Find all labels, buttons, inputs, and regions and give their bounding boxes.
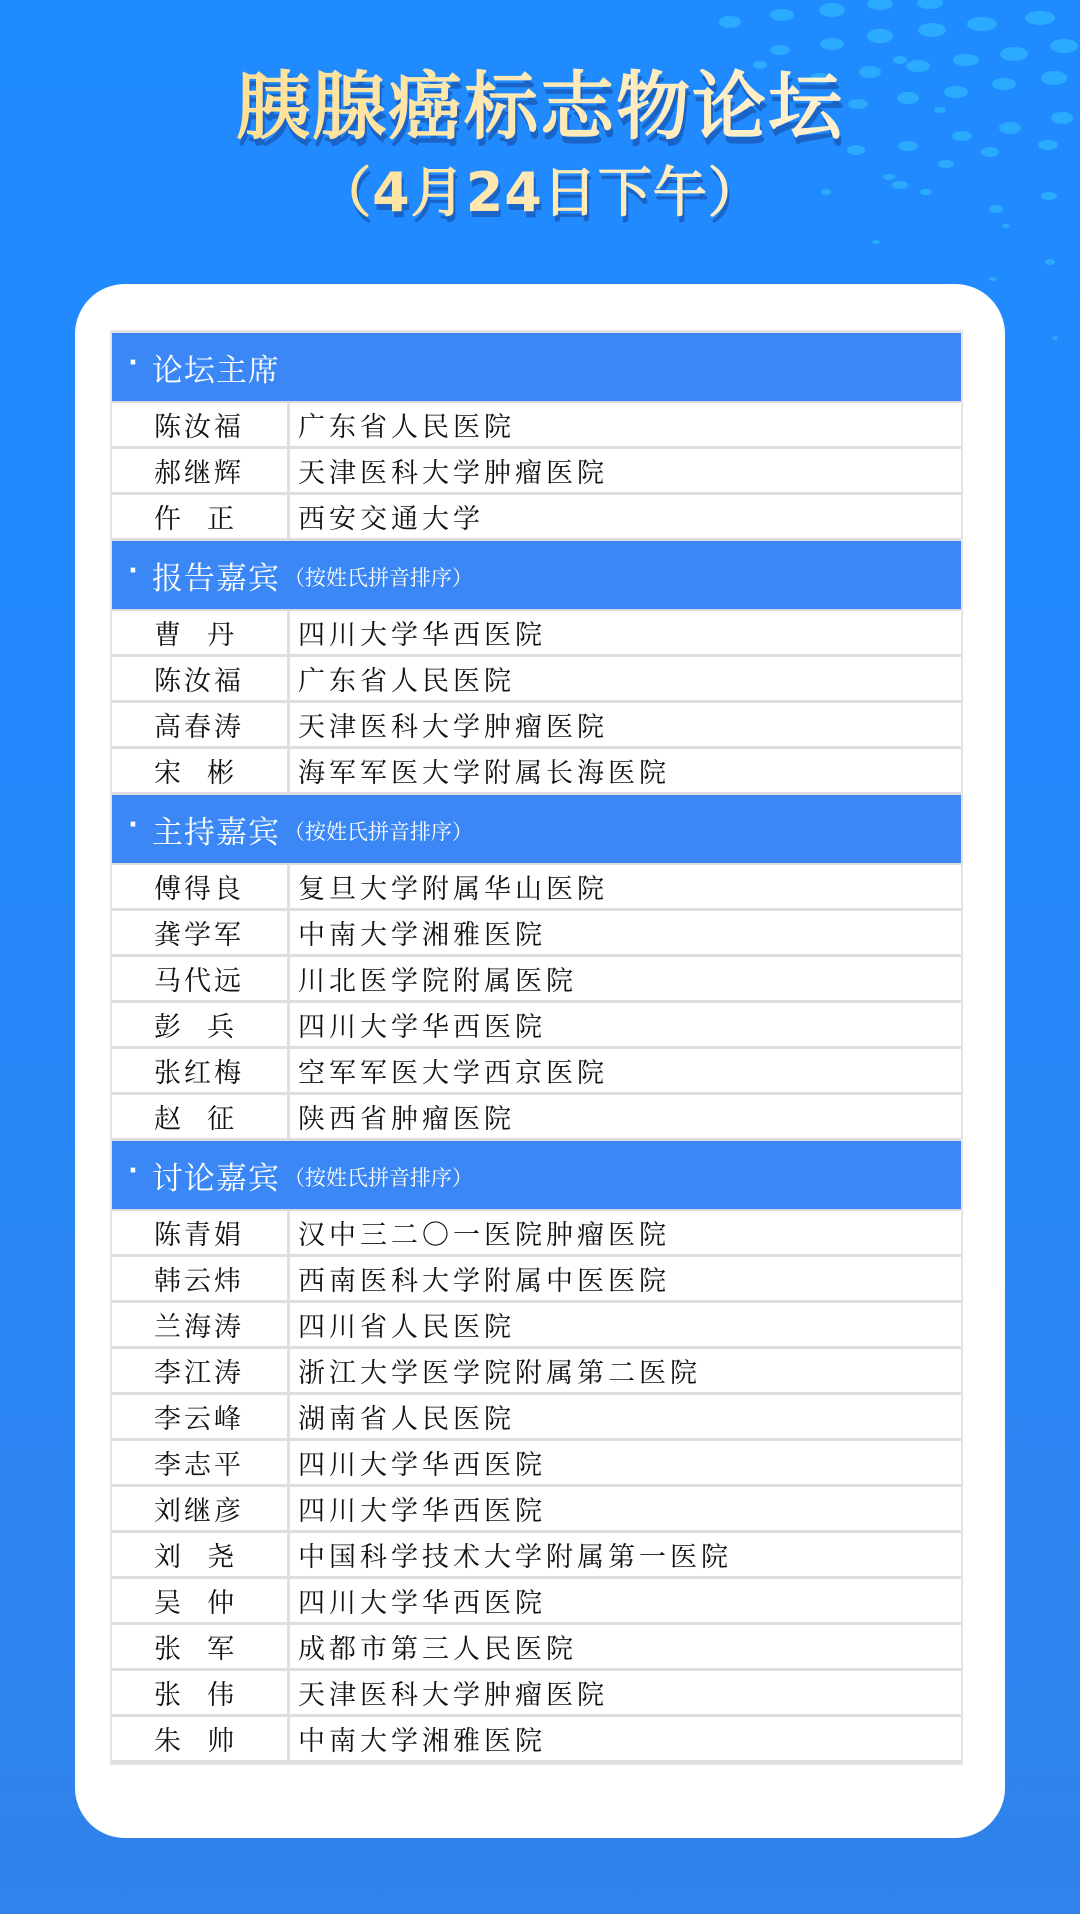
table-row: 陈青娟汉中三二〇一医院肿瘤医院: [112, 1211, 961, 1257]
person-name: 李江涛: [112, 1349, 290, 1392]
bullet-icon: ·: [128, 558, 138, 584]
person-institution: 陕西省肿瘤医院: [290, 1095, 961, 1138]
person-institution: 汉中三二〇一医院肿瘤医院: [290, 1211, 961, 1254]
person-name: 陈汝福: [112, 403, 290, 446]
bullet-icon: ·: [128, 812, 138, 838]
table-row: 兰海涛四川省人民医院: [112, 1303, 961, 1349]
person-institution: 复旦大学附属华山医院: [290, 865, 961, 908]
person-institution: 天津医科大学肿瘤医院: [290, 1671, 961, 1714]
person-institution: 海军军医大学附属长海医院: [290, 749, 961, 792]
person-name: 刘 尧: [112, 1533, 290, 1576]
section-title: 主持嘉宾: [152, 807, 280, 852]
person-name: 赵 征: [112, 1095, 290, 1138]
person-name: 龚学军: [112, 911, 290, 954]
person-institution: 四川大学华西医院: [290, 1579, 961, 1622]
table-row: 龚学军中南大学湘雅医院: [112, 911, 961, 957]
table-row: 赵 征陕西省肿瘤医院: [112, 1095, 961, 1141]
person-institution: 四川大学华西医院: [290, 1003, 961, 1046]
table-row: 刘 尧中国科学技术大学附属第一医院: [112, 1533, 961, 1579]
person-name: 马代远: [112, 957, 290, 1000]
person-institution: 中南大学湘雅医院: [290, 911, 961, 954]
person-name: 张红梅: [112, 1049, 290, 1092]
section-header-report-guests: · 报告嘉宾 （按姓氏拼音排序）: [112, 541, 961, 611]
person-name: 刘继彦: [112, 1487, 290, 1530]
table-row: 李云峰湖南省人民医院: [112, 1395, 961, 1441]
section-note: （按姓氏拼音排序）: [284, 816, 473, 846]
page-subtitle-date: （4月24日下午）: [0, 158, 1080, 228]
person-name: 彭 兵: [112, 1003, 290, 1046]
section-title: 论坛主席: [152, 345, 280, 390]
person-institution: 成都市第三人民医院: [290, 1625, 961, 1668]
person-institution: 四川大学华西医院: [290, 611, 961, 654]
person-name: 韩云炜: [112, 1257, 290, 1300]
person-name: 高春涛: [112, 703, 290, 746]
section-title: 报告嘉宾: [152, 553, 280, 598]
section-header-discussants: · 讨论嘉宾 （按姓氏拼音排序）: [112, 1141, 961, 1211]
person-institution: 中南大学湘雅医院: [290, 1717, 961, 1760]
table-row: 彭 兵四川大学华西医院: [112, 1003, 961, 1049]
table-row: 李志平四川大学华西医院: [112, 1441, 961, 1487]
person-name: 张 军: [112, 1625, 290, 1668]
person-institution: 中国科学技术大学附属第一医院: [290, 1533, 961, 1576]
person-name: 陈青娟: [112, 1211, 290, 1254]
person-institution: 四川大学华西医院: [290, 1441, 961, 1484]
table-row: 宋 彬海军军医大学附属长海医院: [112, 749, 961, 795]
person-name: 朱 帅: [112, 1717, 290, 1760]
person-institution: 广东省人民医院: [290, 403, 961, 446]
table-row: 陈汝福广东省人民医院: [112, 403, 961, 449]
table-row: 马代远川北医学院附属医院: [112, 957, 961, 1003]
person-institution: 天津医科大学肿瘤医院: [290, 449, 961, 492]
person-name: 李云峰: [112, 1395, 290, 1438]
person-institution: 西安交通大学: [290, 495, 961, 538]
table-row: 朱 帅中南大学湘雅医院: [112, 1717, 961, 1763]
person-name: 张 伟: [112, 1671, 290, 1714]
bullet-icon: ·: [128, 1158, 138, 1184]
person-institution: 湖南省人民医院: [290, 1395, 961, 1438]
person-name: 仵 正: [112, 495, 290, 538]
person-name: 宋 彬: [112, 749, 290, 792]
person-institution: 川北医学院附属医院: [290, 957, 961, 1000]
table-row: 张红梅空军军医大学西京医院: [112, 1049, 961, 1095]
table-row: 陈汝福广东省人民医院: [112, 657, 961, 703]
page-title: 胰腺癌标志物论坛: [0, 62, 1080, 152]
person-name: 兰海涛: [112, 1303, 290, 1346]
table-row: 曹 丹四川大学华西医院: [112, 611, 961, 657]
table-row: 高春涛天津医科大学肿瘤医院: [112, 703, 961, 749]
table-row: 仵 正西安交通大学: [112, 495, 961, 541]
person-name: 郝继辉: [112, 449, 290, 492]
person-institution: 西南医科大学附属中医医院: [290, 1257, 961, 1300]
table-row: 吴 仲四川大学华西医院: [112, 1579, 961, 1625]
person-institution: 浙江大学医学院附属第二医院: [290, 1349, 961, 1392]
table-row: 傅得良复旦大学附属华山医院: [112, 865, 961, 911]
section-title: 讨论嘉宾: [152, 1153, 280, 1198]
person-institution: 天津医科大学肿瘤医院: [290, 703, 961, 746]
person-name: 傅得良: [112, 865, 290, 908]
section-header-forum-chair: · 论坛主席: [112, 333, 961, 403]
table-row: 韩云炜西南医科大学附属中医医院: [112, 1257, 961, 1303]
person-institution: 四川大学华西医院: [290, 1487, 961, 1530]
table-row: 张 军成都市第三人民医院: [112, 1625, 961, 1671]
table-row: 张 伟天津医科大学肿瘤医院: [112, 1671, 961, 1717]
person-institution: 空军军医大学西京医院: [290, 1049, 961, 1092]
section-note: （按姓氏拼音排序）: [284, 1162, 473, 1192]
person-name: 李志平: [112, 1441, 290, 1484]
section-note: （按姓氏拼音排序）: [284, 562, 473, 592]
table-row: 郝继辉天津医科大学肿瘤医院: [112, 449, 961, 495]
bullet-icon: ·: [128, 350, 138, 376]
table-row: 刘继彦四川大学华西医院: [112, 1487, 961, 1533]
person-institution: 四川省人民医院: [290, 1303, 961, 1346]
person-name: 曹 丹: [112, 611, 290, 654]
person-institution: 广东省人民医院: [290, 657, 961, 700]
speaker-table: · 论坛主席 陈汝福广东省人民医院 郝继辉天津医科大学肿瘤医院 仵 正西安交通大…: [110, 330, 963, 1765]
table-row: 李江涛浙江大学医学院附属第二医院: [112, 1349, 961, 1395]
person-name: 陈汝福: [112, 657, 290, 700]
section-header-moderators: · 主持嘉宾 （按姓氏拼音排序）: [112, 795, 961, 865]
person-name: 吴 仲: [112, 1579, 290, 1622]
